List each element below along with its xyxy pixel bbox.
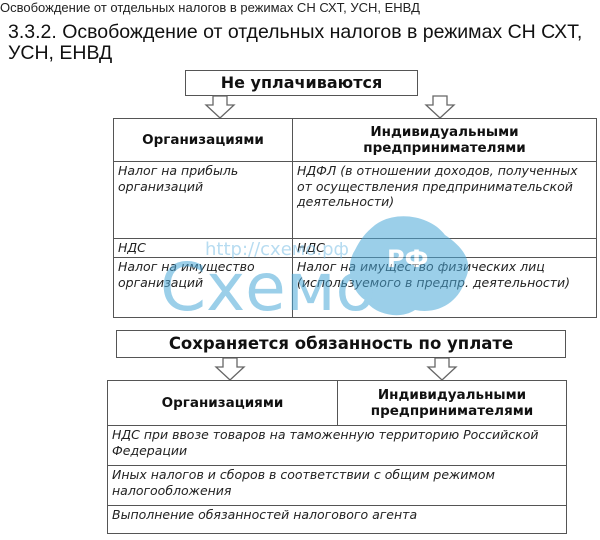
table-cell: НДС при ввозе товаров на таможенную терр… (108, 426, 567, 466)
table-cell: Налог на имущество организаций (114, 258, 293, 318)
table-cell: Налог на прибыль организаций (114, 162, 293, 239)
page-caption: Освобождение от отдельных налогов в режи… (0, 0, 420, 15)
table-row: НДС при ввозе товаров на таможенную терр… (108, 426, 567, 466)
column-header-organizations: Организациями (114, 119, 293, 162)
table-cell: НДС (293, 239, 597, 258)
not-paid-banner: Не уплачиваются (185, 70, 418, 96)
column-header-entrepreneurs: Индивидуальными предпринимателями (293, 119, 597, 162)
page-title: 3.3.2. Освобождение от отдельных налогов… (8, 22, 600, 64)
table-row: Иных налогов и сборов в соответствии с о… (108, 466, 567, 506)
table-row: Налог на имущество организаций Налог на … (114, 258, 597, 318)
column-header-entrepreneurs: Индивидуальными предпринимателями (338, 381, 567, 426)
table-cell: НДФЛ (в отношении доходов, полученных от… (293, 162, 597, 239)
table-cell: Выполнение обязанностей налогового агент… (108, 506, 567, 534)
table-row: Выполнение обязанностей налогового агент… (108, 506, 567, 534)
not-paid-table: Организациями Индивидуальными предприним… (113, 118, 597, 318)
obligation-remains-banner: Сохраняется обязанность по уплате (116, 330, 566, 358)
arrow-down-icon (428, 358, 456, 380)
table-row: Налог на прибыль организаций НДФЛ (в отн… (114, 162, 597, 239)
table-cell: НДС (114, 239, 293, 258)
obligation-table: Организациями Индивидуальными предприним… (107, 380, 567, 534)
table-cell: Иных налогов и сборов в соответствии с о… (108, 466, 567, 506)
arrow-down-icon (426, 96, 454, 118)
arrow-down-icon (216, 358, 244, 380)
column-header-organizations: Организациями (108, 381, 338, 426)
table-row: НДС НДС (114, 239, 597, 258)
arrow-down-icon (206, 96, 234, 118)
table-cell: Налог на имущество физических лиц (испол… (293, 258, 597, 318)
